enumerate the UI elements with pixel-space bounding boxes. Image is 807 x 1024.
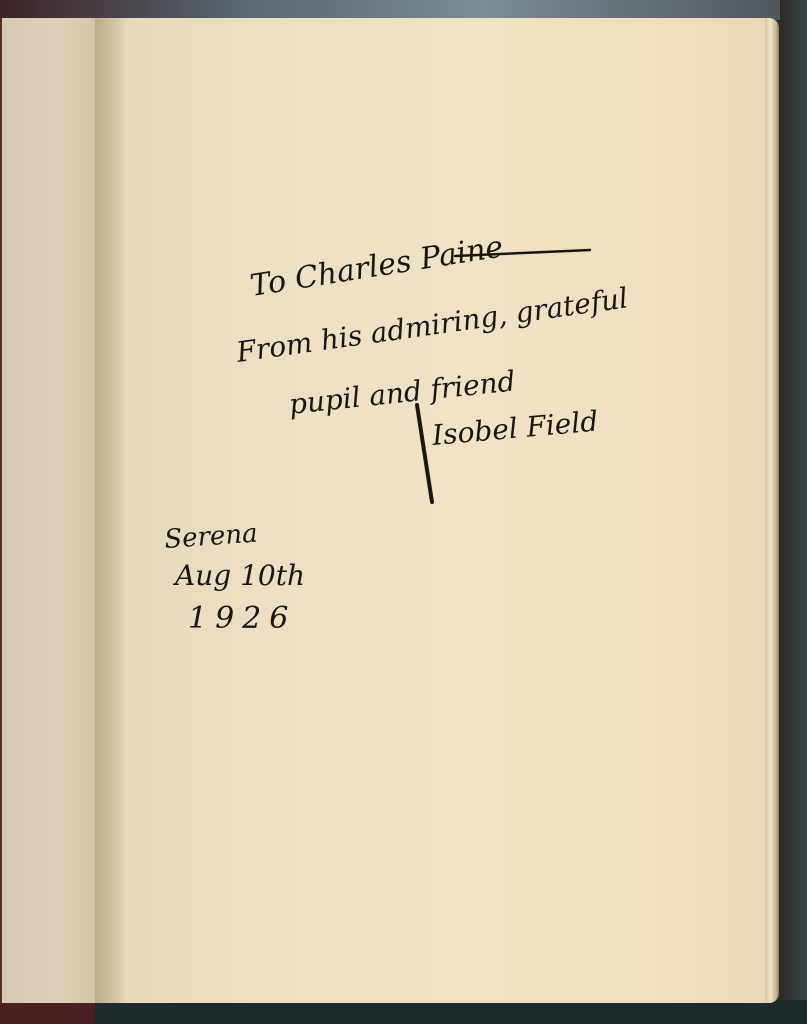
inscription-line-3: pupil and friend [287, 364, 517, 421]
dateline-year: 1926 [188, 601, 296, 636]
handwritten-inscription: To Charles Paine From his admiring, grat… [0, 0, 807, 1024]
dateline-place: Serena [163, 519, 258, 555]
inscription-line-1: To Charles Paine [248, 229, 506, 304]
signature-initial-stroke [417, 405, 432, 502]
signature: Isobel Field [430, 405, 600, 452]
inscription-block: To Charles Paine From his admiring, grat… [233, 229, 630, 421]
signature-block: Isobel Field [417, 405, 599, 502]
dateline-date: Aug 10th [172, 559, 305, 592]
dateline-block: Serena Aug 10th 1926 [163, 519, 305, 636]
